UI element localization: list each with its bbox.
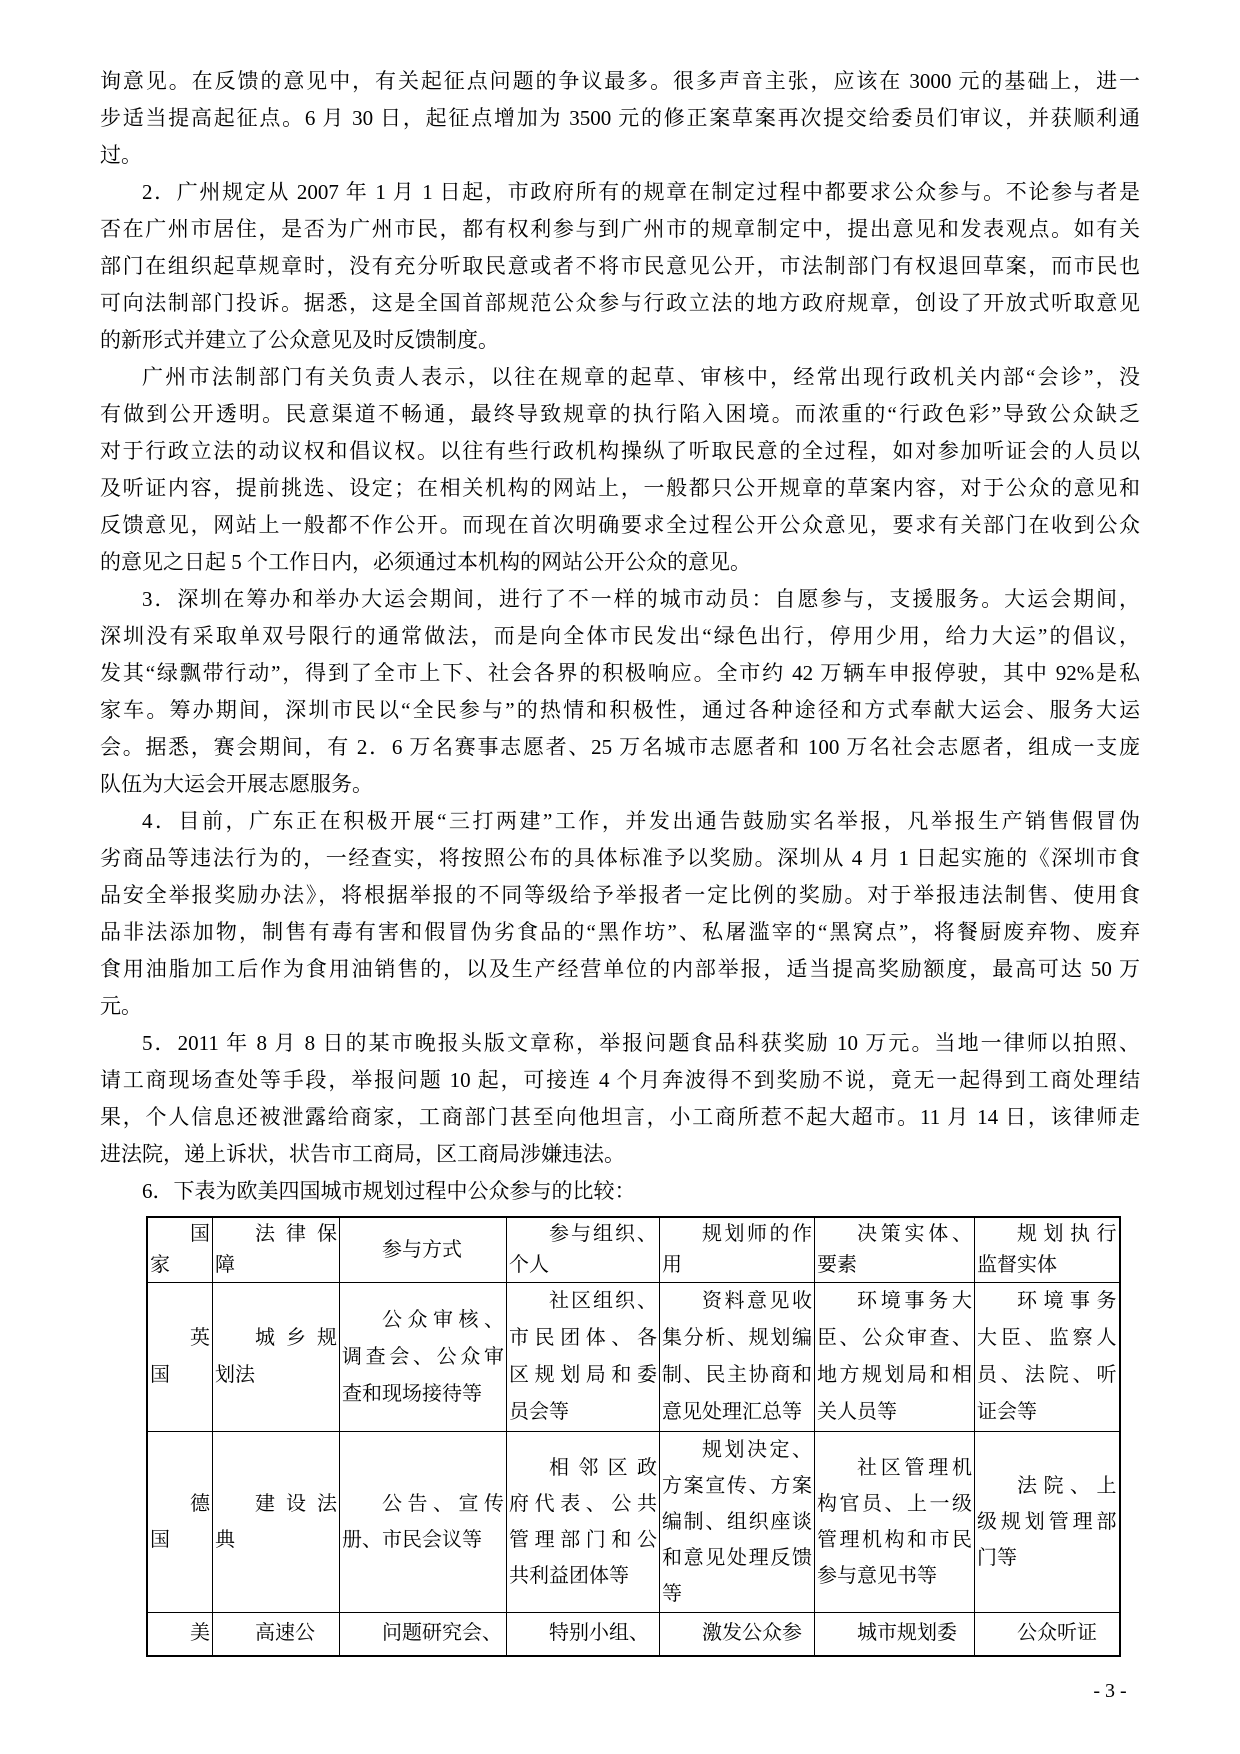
table-cell-line: 和意见处理反馈 — [660, 1540, 814, 1576]
table-cell: 德国 — [147, 1432, 213, 1613]
table-cell-line: 美 — [148, 1613, 212, 1653]
text-line: 发其“绿飘带行动”，得到了全市上下、社会各界的积极响应。全市约 42 万辆车申报… — [100, 655, 1140, 692]
table-cell-line: 社区组织、 — [507, 1283, 659, 1320]
table-cell-line: 障 — [213, 1250, 339, 1281]
table-cell-line: 家 — [148, 1250, 212, 1281]
table-cell: 公众听证 — [975, 1613, 1120, 1657]
table-cell-line: 门等 — [975, 1540, 1119, 1576]
table-cell-line: 集分析、规划编 — [660, 1320, 814, 1357]
paragraph-4: 3．深圳在筹办和举办大运会期间，进行了不一样的城市动员：自愿参与，支援服务。大运… — [100, 581, 1140, 803]
text-line: 6．下表为欧美四国城市规划过程中公众参与的比较： — [100, 1173, 1140, 1210]
text-line: 的意见之日起 5 个工作日内，必须通过本机构的网站公开公众的意见。 — [100, 544, 1140, 581]
table-cell-line: 社区管理机 — [815, 1450, 974, 1486]
table-cell-line: 建设法 — [213, 1486, 339, 1522]
text-line: 食用油脂加工后作为食用油销售的，以及生产经营单位的内部举报，适当提高奖励额度，最… — [100, 951, 1140, 988]
text-line: 品安全举报奖励办法》，将根据举报的不同等级给予举报者一定比例的奖励。对于举报违法… — [100, 877, 1140, 914]
table-cell-line: 用 — [660, 1250, 814, 1281]
table-cell: 环境事务大臣、监察人员、法院、听证会等 — [975, 1283, 1120, 1432]
table-cell: 公众审核、调查会、公众审查和现场接待等 — [340, 1283, 507, 1432]
table-cell-line: 划法 — [213, 1357, 339, 1394]
text-line: 会。据悉，赛会期间，有 2．6 万名赛事志愿者、25 万名城市志愿者和 100 … — [100, 729, 1140, 766]
text-line: 否在广州市居住，是否为广州市民，都有权利参与到广州市的规章制定中，提出意见和发表… — [100, 211, 1140, 248]
document-page: 询意见。在反馈的意见中，有关起征点问题的争议最多。很多声音主张，应该在 3000… — [0, 0, 1240, 1754]
text-line: 4．目前，广东正在积极开展“三打两建”工作，并发出通告鼓励实名举报，凡举报生产销… — [100, 803, 1140, 840]
table-cell-line: 市民团体、各 — [507, 1320, 659, 1357]
table-cell-line: 构官员、上一级 — [815, 1486, 974, 1522]
table-header-cell: 规划师的作用 — [660, 1217, 815, 1283]
table-header-row: 国家法律保障参与方式参与组织、个人规划师的作用决策实体、要素规划执行监督实体 — [147, 1217, 1120, 1283]
table-cell-line: 特别小组、 — [507, 1613, 659, 1653]
table-cell: 社区组织、市民团体、各区规划局和委员会等 — [507, 1283, 660, 1432]
page-number: - 3 - — [1070, 1680, 1150, 1703]
table-cell-line: 参与意见书等 — [815, 1558, 974, 1594]
table-cell-line: 参与组织、 — [507, 1219, 659, 1250]
table-cell: 激发公众参 — [660, 1613, 815, 1657]
table-row: 美高速公问题研究会、特别小组、激发公众参城市规划委公众听证 — [147, 1613, 1120, 1657]
table-cell-line: 资料意见收 — [660, 1283, 814, 1320]
table-cell: 相邻区政府代表、公共管理部门和公共利益团体等 — [507, 1432, 660, 1613]
table-cell-line: 大臣、监察人 — [975, 1320, 1119, 1357]
text-line: 劣商品等违法行为的，一经查实，将按照公布的具体标准予以奖励。深圳从 4 月 1 … — [100, 840, 1140, 877]
table-cell-line: 城乡规 — [213, 1320, 339, 1357]
table-cell-line: 环境事务大 — [815, 1283, 974, 1320]
table-cell-line: 册、市民会议等 — [340, 1522, 506, 1558]
table-cell: 社区管理机构官员、上一级管理机构和市民参与意见书等 — [815, 1432, 975, 1613]
table-cell-line: 规划执行 — [975, 1219, 1119, 1250]
table-cell-line: 等 — [660, 1576, 814, 1612]
text-line: 的新形式并建立了公众意见及时反馈制度。 — [100, 322, 1140, 359]
table-cell-line: 公告、宣传 — [340, 1486, 506, 1522]
table-cell-line: 区规划局和委 — [507, 1357, 659, 1394]
table-header-cell: 参与方式 — [340, 1217, 507, 1283]
paragraph-2: 2．广州规定从 2007 年 1 月 1 日起，市政府所有的规章在制定过程中都要… — [100, 174, 1140, 359]
paragraph-7: 6．下表为欧美四国城市规划过程中公众参与的比较： — [100, 1173, 1140, 1210]
table-cell-line: 国 — [148, 1357, 212, 1394]
table-cell-line: 环境事务 — [975, 1283, 1119, 1320]
table-cell-line: 共利益团体等 — [507, 1558, 659, 1594]
table-cell: 资料意见收集分析、规划编制、民主协商和意见处理汇总等 — [660, 1283, 815, 1432]
table-cell-line: 高速公 — [213, 1613, 339, 1653]
table-cell-line: 关人员等 — [815, 1394, 974, 1431]
table-cell-line: 臣、公众审查、 — [815, 1320, 974, 1357]
paragraph-1: 询意见。在反馈的意见中，有关起征点问题的争议最多。很多声音主张，应该在 3000… — [100, 63, 1140, 174]
table-cell-line: 公众审核、 — [340, 1302, 506, 1339]
text-line: 家车。筹办期间，深圳市民以“全民参与”的热情和积极性，通过各种途径和方式奉献大运… — [100, 692, 1140, 729]
text-line: 及听证内容，提前挑选、设定；在相关机构的网站上，一般都只公开规章的草案内容，对于… — [100, 470, 1140, 507]
table-cell: 环境事务大臣、公众审查、地方规划局和相关人员等 — [815, 1283, 975, 1432]
text-line: 广州市法制部门有关负责人表示，以往在规章的起草、审核中，经常出现行政机关内部“会… — [100, 359, 1140, 396]
table-cell-line: 激发公众参 — [660, 1613, 814, 1653]
text-line: 2．广州规定从 2007 年 1 月 1 日起，市政府所有的规章在制定过程中都要… — [100, 174, 1140, 211]
table-cell-line: 监督实体 — [975, 1250, 1119, 1281]
text-line: 部门在组织起草规章时，没有充分听取民意或者不将市民意见公开，市法制部门有权退回草… — [100, 248, 1140, 285]
table-cell: 城乡规划法 — [213, 1283, 340, 1432]
table-cell-line: 公众听证 — [975, 1613, 1119, 1653]
table-cell-line: 员会等 — [507, 1394, 659, 1431]
table-header-cell: 决策实体、要素 — [815, 1217, 975, 1283]
body-text: 询意见。在反馈的意见中，有关起征点问题的争议最多。很多声音主张，应该在 3000… — [100, 63, 1140, 1210]
table-cell-line: 典 — [213, 1522, 339, 1558]
text-line: 可向法制部门投诉。据悉，这是全国首部规范公众参与行政立法的地方政府规章，创设了开… — [100, 285, 1140, 322]
table-header-cell: 法律保障 — [213, 1217, 340, 1283]
text-line: 进法院，递上诉状，状告市工商局，区工商局涉嫌违法。 — [100, 1136, 1140, 1173]
text-line: 对于行政立法的动议权和倡议权。以往有些行政机构操纵了听取民意的全过程，如对参加听… — [100, 433, 1140, 470]
table-cell: 高速公 — [213, 1613, 340, 1657]
table-cell-line: 城市规划委 — [815, 1613, 974, 1653]
table-cell-line: 国 — [148, 1522, 212, 1558]
table-cell: 法院、上级规划管理部门等 — [975, 1432, 1120, 1613]
table-cell-line: 地方规划局和相 — [815, 1357, 974, 1394]
table-cell: 城市规划委 — [815, 1613, 975, 1657]
table-row: 英国城乡规划法公众审核、调查会、公众审查和现场接待等社区组织、市民团体、各区规划… — [147, 1283, 1120, 1432]
table-header-cell: 国家 — [147, 1217, 213, 1283]
table-cell: 建设法典 — [213, 1432, 340, 1613]
table-cell-line: 方案宣传、方案 — [660, 1468, 814, 1504]
text-line: 深圳没有采取单双号限行的通常做法，而是向全体市民发出“绿色出行，停用少用，给力大… — [100, 618, 1140, 655]
table-cell-line: 意见处理汇总等 — [660, 1394, 814, 1431]
table-cell-line: 调查会、公众审 — [340, 1339, 506, 1376]
paragraph-5: 4．目前，广东正在积极开展“三打两建”工作，并发出通告鼓励实名举报，凡举报生产销… — [100, 803, 1140, 1025]
table-cell-line: 德 — [148, 1486, 212, 1522]
text-line: 3．深圳在筹办和举办大运会期间，进行了不一样的城市动员：自愿参与，支援服务。大运… — [100, 581, 1140, 618]
table-cell: 公告、宣传册、市民会议等 — [340, 1432, 507, 1613]
table-cell-line: 国 — [148, 1219, 212, 1250]
table-header-cell: 规划执行监督实体 — [975, 1217, 1120, 1283]
text-line: 步适当提高起征点。6 月 30 日，起征点增加为 3500 元的修正案草案再次提… — [100, 100, 1140, 137]
table-row: 德国建设法典公告、宣传册、市民会议等相邻区政府代表、公共管理部门和公共利益团体等… — [147, 1432, 1120, 1613]
table-cell-line: 府代表、公共 — [507, 1486, 659, 1522]
comparison-table: 国家法律保障参与方式参与组织、个人规划师的作用决策实体、要素规划执行监督实体英国… — [146, 1216, 1121, 1657]
table-cell-line: 编制、组织座谈 — [660, 1504, 814, 1540]
paragraph-6: 5．2011 年 8 月 8 日的某市晚报头版文章称，举报问题食品科获奖励 10… — [100, 1025, 1140, 1173]
table-cell-line: 法院、上 — [975, 1468, 1119, 1504]
text-line: 5．2011 年 8 月 8 日的某市晚报头版文章称，举报问题食品科获奖励 10… — [100, 1025, 1140, 1062]
table-cell-line: 规划师的作 — [660, 1219, 814, 1250]
table-header-cell: 参与组织、个人 — [507, 1217, 660, 1283]
table-cell-line: 管理部门和公 — [507, 1522, 659, 1558]
table-cell-line: 个人 — [507, 1250, 659, 1281]
text-line: 询意见。在反馈的意见中，有关起征点问题的争议最多。很多声音主张，应该在 3000… — [100, 63, 1140, 100]
text-line: 元。 — [100, 988, 1140, 1025]
table-cell-line: 参与方式 — [340, 1235, 506, 1266]
table-cell-line: 英 — [148, 1320, 212, 1357]
table-cell-line: 员、法院、听 — [975, 1357, 1119, 1394]
table-cell-line: 制、民主协商和 — [660, 1357, 814, 1394]
table-cell-line: 规划决定、 — [660, 1432, 814, 1468]
table-cell-line: 问题研究会、 — [340, 1613, 506, 1653]
table-cell-line: 级规划管理部 — [975, 1504, 1119, 1540]
text-line: 过。 — [100, 137, 1140, 174]
table-cell-line: 法律保 — [213, 1219, 339, 1250]
text-line: 队伍为大运会开展志愿服务。 — [100, 766, 1140, 803]
text-line: 反馈意见，网站上一般都不作公开。而现在首次明确要求全过程公开公众意见，要求有关部… — [100, 507, 1140, 544]
table-cell-line: 要素 — [815, 1250, 974, 1281]
paragraph-3: 广州市法制部门有关负责人表示，以往在规章的起草、审核中，经常出现行政机关内部“会… — [100, 359, 1140, 581]
table-cell: 特别小组、 — [507, 1613, 660, 1657]
table-cell: 英国 — [147, 1283, 213, 1432]
table-cell: 规划决定、方案宣传、方案编制、组织座谈和意见处理反馈等 — [660, 1432, 815, 1613]
table-cell: 问题研究会、 — [340, 1613, 507, 1657]
text-line: 品非法添加物，制售有毒有害和假冒伪劣食品的“黑作坊”、私屠滥宰的“黑窝点”，将餐… — [100, 914, 1140, 951]
text-line: 请工商现场查处等手段，举报问题 10 起，可接连 4 个月奔波得不到奖励不说，竟… — [100, 1062, 1140, 1099]
text-line: 果，个人信息还被泄露给商家，工商部门甚至向他坦言，小工商所惹不起大超市。11 月… — [100, 1099, 1140, 1136]
text-line: 有做到公开透明。民意渠道不畅通，最终导致规章的执行陷入困境。而浓重的“行政色彩”… — [100, 396, 1140, 433]
table-cell: 美 — [147, 1613, 213, 1657]
table-cell-line: 相邻区政 — [507, 1450, 659, 1486]
table-cell-line: 查和现场接待等 — [340, 1376, 506, 1413]
table-cell-line: 管理机构和市民 — [815, 1522, 974, 1558]
table-cell-line: 决策实体、 — [815, 1219, 974, 1250]
table-cell-line: 证会等 — [975, 1394, 1119, 1431]
